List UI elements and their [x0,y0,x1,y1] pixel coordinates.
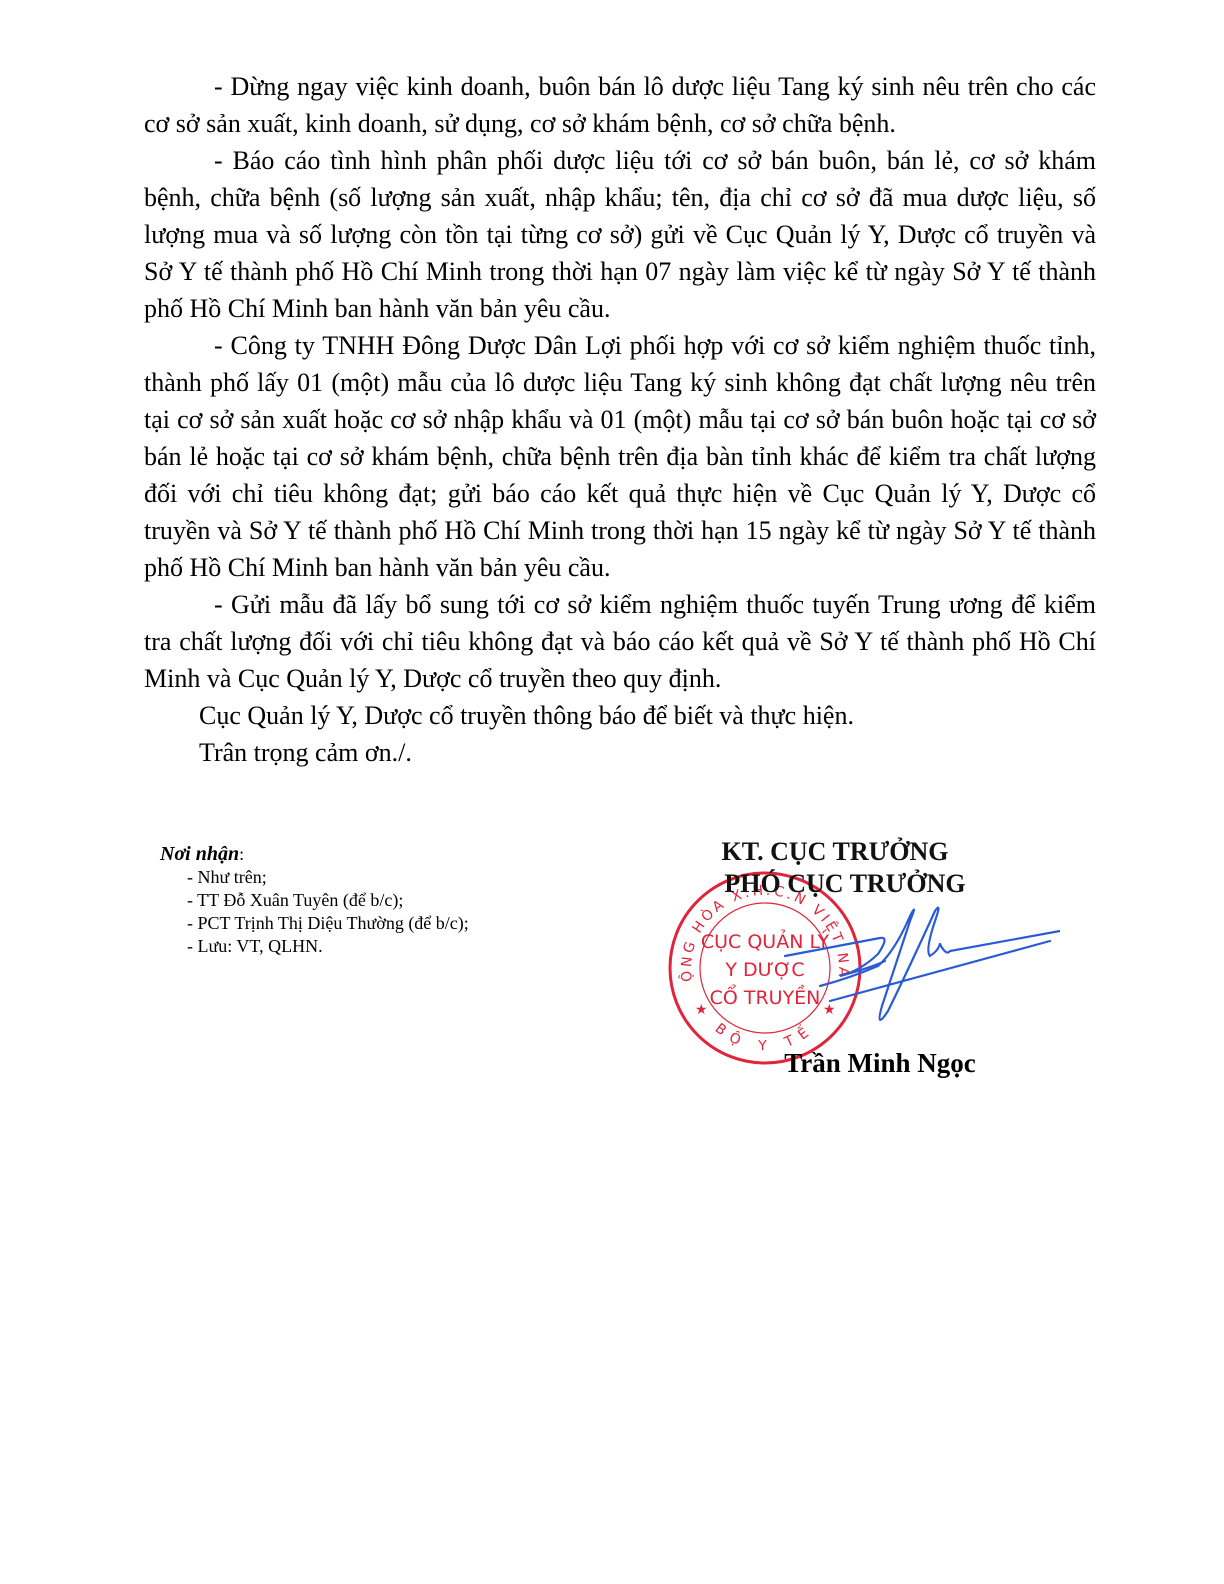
document-page: - Dừng ngay việc kinh doanh, buôn bán lô… [0,0,1224,1584]
document-body: - Dừng ngay việc kinh doanh, buôn bán lô… [144,68,1096,771]
closing-thanks: Trân trọng cảm ơn./. [144,734,1096,771]
handwritten-signature-icon [760,896,1060,1046]
recipient-item: - Như trên; [160,866,469,889]
recipients-title: Nơi nhận [160,843,239,865]
svg-text:★: ★ [695,1002,708,1018]
recipients-heading: Nơi nhận: [160,842,469,866]
paragraph-sampling: - Công ty TNHH Đông Dược Dân Lợi phối hợ… [144,327,1096,586]
recipient-item: - Lưu: VT, QLHN. [160,935,469,958]
recipient-item: - TT Đỗ Xuân Tuyên (để b/c); [160,889,469,912]
recipients-block: Nơi nhận: - Như trên; - TT Đỗ Xuân Tuyên… [160,842,469,958]
recipient-item: - PCT Trịnh Thị Diệu Thường (để b/c); [160,912,469,935]
paragraph-distribution-report: - Báo cáo tình hình phân phối dược liệu … [144,142,1096,327]
paragraph-stop-trading: - Dừng ngay việc kinh doanh, buôn bán lô… [144,68,1096,142]
paragraph-central-testing: - Gửi mẫu đã lấy bổ sung tới cơ sở kiểm … [144,586,1096,697]
recipients-title-colon: : [239,844,244,864]
signature-title-line1: KT. CỤC TRƯỞNG [605,836,1065,868]
signer-name: Trần Minh Ngọc [660,1048,1100,1079]
signature-block: KT. CỤC TRƯỞNG PHÓ CỤC TRƯỞNG CỘNG HÒA X… [660,836,1040,1096]
closing-notice: Cục Quản lý Y, Dược cổ truyền thông báo … [144,697,1096,734]
